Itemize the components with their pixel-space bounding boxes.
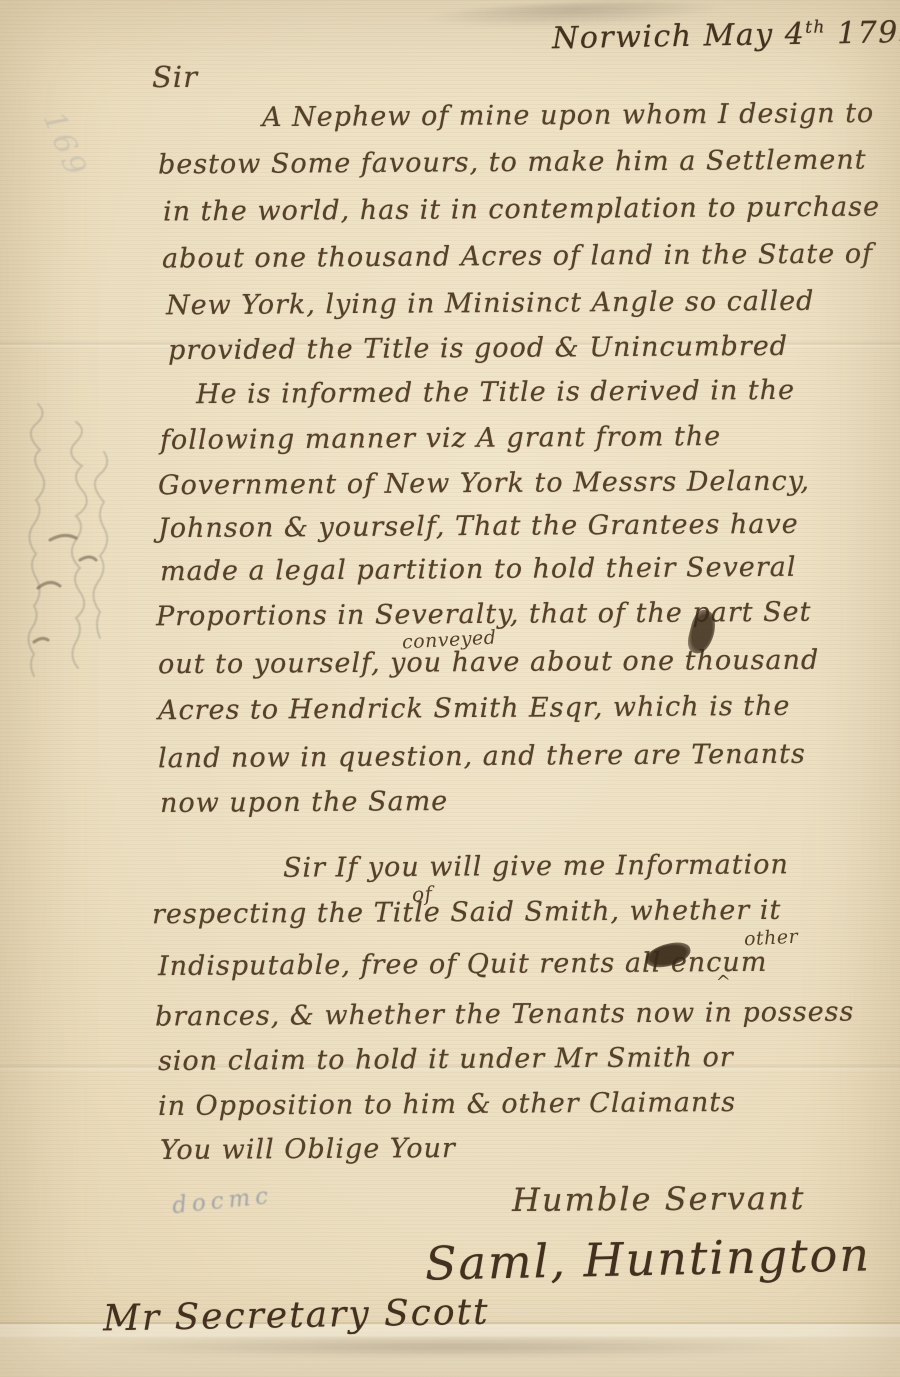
letter-line: out to yourself, you have about one thou… [158,645,819,681]
letter-line: Sir If you will give me Information [283,849,789,884]
letter-line: You will Oblige Your [160,1133,456,1166]
pencil-page-number: 169 [35,107,93,184]
salutation: Sir [152,60,198,94]
addressee-line: Mr Secretary Scott [103,1292,490,1340]
dateline-superscript: th [805,17,826,37]
letter-line: respecting the Title Said Smith, whether… [152,895,781,930]
dateline-place-date: Norwich May 4 [552,17,806,56]
letter-line: in the world, has it in contemplation to… [163,191,880,227]
letter-line: Acres to Hendrick Smith Esqr, which is t… [158,691,791,726]
signature: Saml, Huntington [424,1227,871,1290]
letter-line: Johnson & yourself, That the Grantees ha… [158,509,799,544]
letter-line: bestow Some favours, to make him a Settl… [158,145,867,181]
interline-insertion-other: other [743,926,798,951]
dateline: Norwich May 4th 1795 [552,15,900,56]
letter-line: about one thousand Acres of land in the … [162,239,873,275]
letter-page: Norwich May 4th 1795 Sir A Nephew of min… [0,0,900,1377]
interline-insertion-of: of [411,881,433,906]
letter-line: following manner viz A grant from the [160,421,721,456]
insertion-caret-mark: ^ [715,972,732,994]
letter-line: brances, & whether the Tenants now in po… [155,997,855,1033]
letter-line: made a legal partition to hold their Sev… [160,552,797,587]
closing-line: Humble Servant [512,1179,806,1219]
letter-line: A Nephew of mine upon whom I design to [262,98,874,133]
bottom-fold-shadow [70,1336,830,1358]
letter-line: land now in question, and there are Tena… [158,739,806,775]
marginal-pencil-scribble [8,392,123,702]
letter-line: New York, lying in Minisinct Angle so ca… [166,286,815,322]
letter-line: provided the Title is good & Unincumbred [168,331,788,366]
letter-line: sion claim to hold it under Mr Smith or [158,1042,734,1077]
letter-line: now upon the Same [160,786,448,819]
letter-line: in Opposition to him & other Claimants [158,1087,736,1122]
letter-line: He is informed the Title is derived in t… [196,375,795,410]
dateline-year: 1795 [826,15,900,52]
letter-line: Government of New York to Messrs Delancy… [158,466,810,502]
pencil-docket-note: docmc [171,1183,274,1219]
